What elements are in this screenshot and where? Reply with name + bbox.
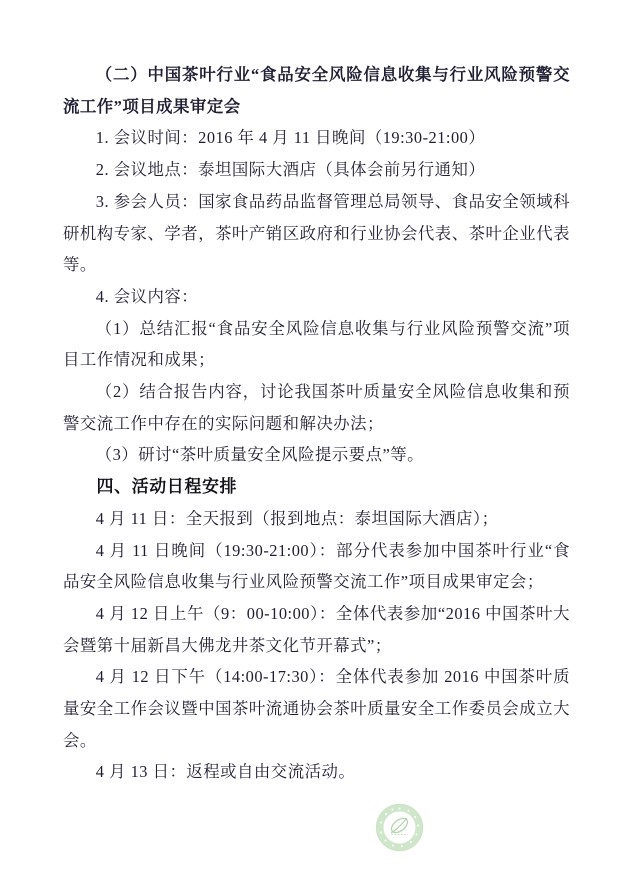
attendees-line: 3. 参会人员：国家食品药品监督管理总局领导、食品安全领域科研机构专家、学者，茶…: [63, 186, 570, 281]
schedule-apr11-evening: 4 月 11 日晚间（19:30-21:00）：部分代表参加中国茶叶行业“食品安…: [63, 535, 570, 598]
schedule-apr11: 4 月 11 日：全天报到（报到地点：泰坦国际大酒店）；: [63, 503, 570, 535]
content-item-3: （3）研讨“茶叶质量安全风险提示要点”等。: [63, 439, 570, 471]
content-item-1: （1）总结汇报“食品安全风险信息收集与行业风险预警交流”项目工作情况和成果；: [63, 313, 570, 376]
schedule-apr13: 4 月 13 日：返程或自由交流活动。: [63, 756, 570, 788]
document-body: （二）中国茶叶行业“食品安全风险信息收集与行业风险预警交流工作”项目成果审定会 …: [63, 59, 570, 788]
content-item-2: （2）结合报告内容，讨论我国茶叶质量安全风险信息收集和预警交流工作中存在的实际问…: [63, 376, 570, 439]
schedule-apr12-afternoon: 4 月 12 日下午（14:00-17:30）：全体代表参加 2016 中国茶叶…: [63, 661, 570, 756]
meeting-time-line: 1. 会议时间：2016 年 4 月 11 日晚间（19:30-21:00）: [63, 122, 570, 154]
section-2-heading: （二）中国茶叶行业“食品安全风险信息收集与行业风险预警交流工作”项目成果审定会: [63, 59, 570, 122]
meeting-place-line: 2. 会议地点：泰坦国际大酒店（具体会前另行通知）: [63, 154, 570, 186]
meeting-content-label: 4. 会议内容：: [63, 281, 570, 313]
document-page: （二）中国茶叶行业“食品安全风险信息收集与行业风险预警交流工作”项目成果审定会 …: [0, 0, 633, 874]
leaf-seal-watermark-icon: [375, 803, 424, 852]
section-4-heading: 四、活动日程安排: [63, 471, 570, 503]
schedule-apr12-morning: 4 月 12 日上午（9：00-10:00）：全体代表参加“2016 中国茶叶大…: [63, 598, 570, 661]
